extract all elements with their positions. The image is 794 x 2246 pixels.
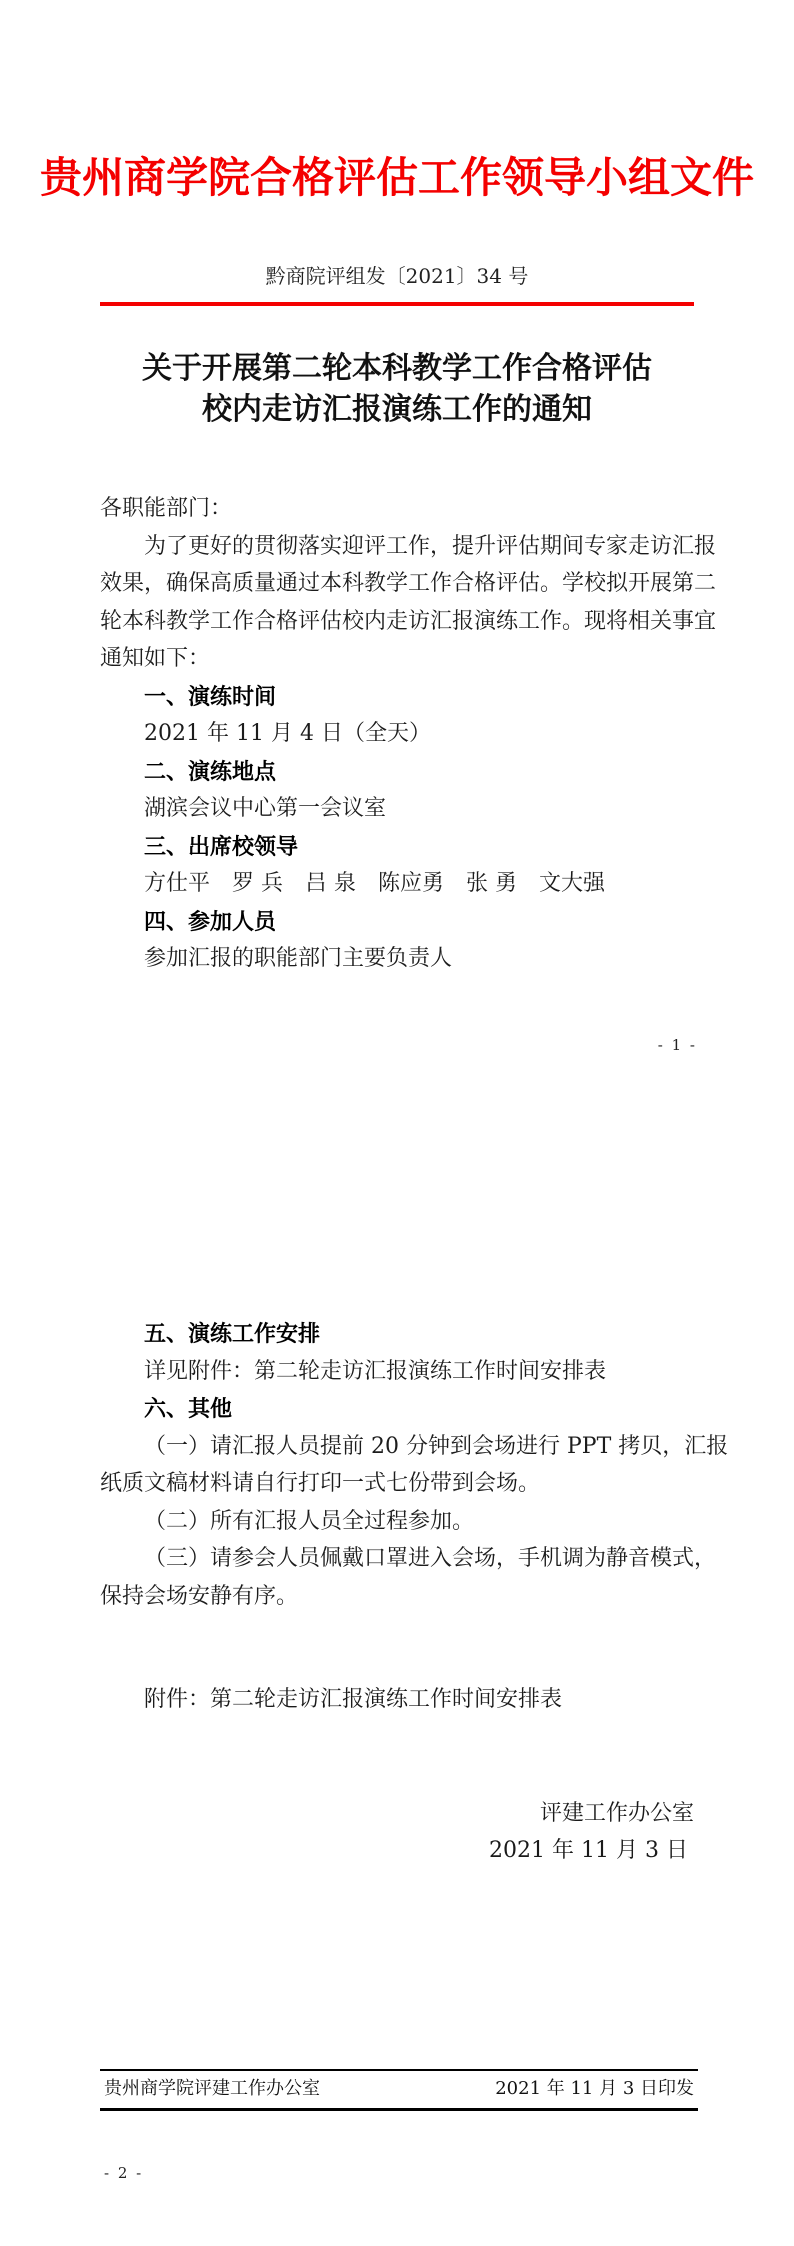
page-1: 贵州商学院合格评估工作领导小组文件 黔商院评组发〔2021〕34 号 关于开展第…: [0, 0, 794, 1123]
document-number: 黔商院评组发〔2021〕34 号: [100, 263, 694, 289]
page-2: 五、演练工作安排 详见附件：第二轮走访汇报演练工作时间安排表 六、其他 （一）请…: [0, 1123, 794, 2246]
item-1-line: 纸质文稿材料请自行打印一式七份带到会场。: [100, 1465, 694, 1503]
paragraph-line: 为了更好的贯彻落实迎评工作，提升评估期间专家走访汇报: [100, 528, 694, 566]
official-document: 贵州商学院合格评估工作领导小组文件 黔商院评组发〔2021〕34 号 关于开展第…: [0, 0, 794, 2246]
section-3-content: 方仕平 罗 兵 吕 泉 陈应勇 张 勇 文大强: [100, 865, 694, 903]
footer-issuing-office: 贵州商学院评建工作办公室: [104, 2078, 320, 2100]
section-heading-1: 一、演练时间: [100, 678, 694, 716]
attachment-note: 附件：第二轮走访汇报演练工作时间安排表: [100, 1681, 694, 1719]
section-heading-5: 五、演练工作安排: [100, 1315, 694, 1353]
paragraph-line: 效果，确保高质量通过本科教学工作合格评估。学校拟开展第二: [100, 565, 694, 603]
section-heading-4: 四、参加人员: [100, 903, 694, 941]
issuance-footer: 贵州商学院评建工作办公室 2021 年 11 月 3 日印发: [100, 2069, 698, 2111]
item-2-line: （二）所有汇报人员全过程参加。: [100, 1503, 694, 1541]
section-2-content: 湖滨会议中心第一会议室: [100, 790, 694, 828]
document-title-line-2: 校内走访汇报演练工作的通知: [100, 389, 694, 430]
item-1-line: （一）请汇报人员提前 20 分钟到会场进行 PPT 拷贝，汇报: [100, 1428, 694, 1466]
red-divider-line: [100, 302, 694, 306]
document-title: 关于开展第二轮本科教学工作合格评估 校内走访汇报演练工作的通知: [100, 348, 694, 430]
paragraph-line: 通知如下：: [100, 640, 694, 678]
section-heading-6: 六、其他: [100, 1390, 694, 1428]
body-text: 各职能部门： 为了更好的贯彻落实迎评工作，提升评估期间专家走访汇报 效果，确保高…: [100, 490, 694, 978]
section-4-content: 参加汇报的职能部门主要负责人: [100, 940, 694, 978]
letterhead-title: 贵州商学院合格评估工作领导小组文件: [0, 0, 794, 203]
section-heading-2: 二、演练地点: [100, 753, 694, 791]
salutation: 各职能部门：: [100, 490, 694, 528]
item-3-line: 保持会场安静有序。: [100, 1578, 694, 1616]
page-number-1: - 1 -: [658, 1036, 697, 1054]
section-1-content: 2021 年 11 月 4 日（全天）: [100, 715, 694, 753]
paragraph-line: 轮本科教学工作合格评估校内走访汇报演练工作。现将相关事宜: [100, 603, 694, 641]
body-text-continued: 五、演练工作安排 详见附件：第二轮走访汇报演练工作时间安排表 六、其他 （一）请…: [100, 1123, 694, 1615]
page-number-2: - 2 -: [104, 2164, 143, 2182]
item-3-line: （三）请参会人员佩戴口罩进入会场，手机调为静音模式，: [100, 1540, 694, 1578]
footer-print-date: 2021 年 11 月 3 日印发: [495, 2078, 694, 2100]
document-title-line-1: 关于开展第二轮本科教学工作合格评估: [100, 348, 694, 389]
section-5-content: 详见附件：第二轮走访汇报演练工作时间安排表: [100, 1353, 694, 1391]
section-heading-3: 三、出席校领导: [100, 828, 694, 866]
signing-office: 评建工作办公室: [100, 1795, 694, 1833]
signature-block: 评建工作办公室 2021 年 11 月 3 日: [100, 1795, 694, 1870]
signing-date: 2021 年 11 月 3 日: [100, 1832, 694, 1870]
